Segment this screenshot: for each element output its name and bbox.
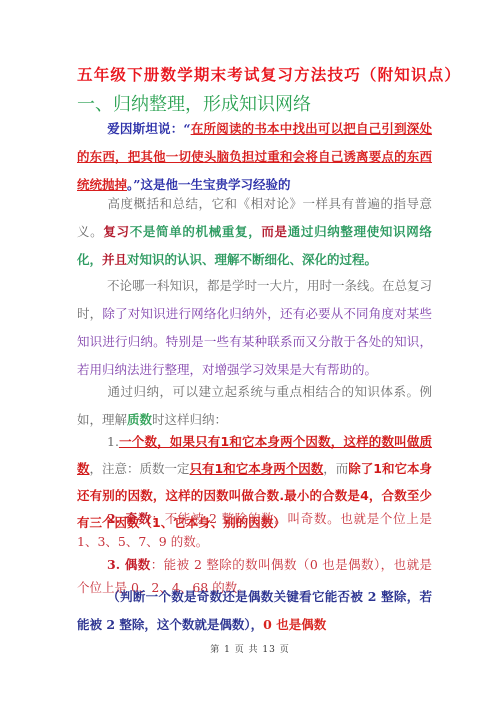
summary-tail: 对知识的认识、理解不断细化、深化的过程。 xyxy=(127,252,377,267)
section-heading: 一、归纳整理，形成知识网络 xyxy=(77,90,311,116)
summary-fu: 复 xyxy=(103,224,116,239)
summary-er-shi: 而是 xyxy=(261,224,287,239)
page-footer: 第 1 页 共 13 页 xyxy=(0,642,500,655)
paragraph-item2: 2. 奇数：不能被 2 整除的数。叫奇数。也就是个位上是 1、3、5、7、9 的… xyxy=(77,507,432,553)
paragraph-system: 通过归纳，可以建立起系统与重点相结合的知识体系。例如，理解质数时这样归纳： xyxy=(77,378,432,434)
paragraph-quote: 爱因斯坦说：“在所阅读的书本中找出可以把自己引到深处的东西，把其他一切使头脑负担… xyxy=(77,115,432,199)
system-tail: 时这样归纳： xyxy=(152,412,227,427)
judge-text: （判断一个数是奇数还是偶数关键看它能否被 2 整除，若能被 2 整除，这个数就是… xyxy=(77,589,432,632)
item3-label: 3. 偶数 xyxy=(107,557,151,572)
item2-label: 2. 奇数 xyxy=(107,511,152,526)
quote-speaker: 爱因斯坦说：“ xyxy=(107,121,191,136)
system-term: 质数 xyxy=(127,412,152,427)
paragraph-judge: （判断一个数是奇数还是偶数关键看它能否被 2 整除，若能被 2 整除，这个数就是… xyxy=(77,583,432,639)
item1-must: 只有1和它本身两个因数 xyxy=(190,461,324,476)
item1-note: ，注意：质数一定 xyxy=(90,461,190,476)
document-page: 五年级下册数学期末考试复习方法技巧（附知识点） 一、归纳整理，形成知识网络 爱因… xyxy=(0,0,500,707)
summary-not-simple: 不是简单的机械重复， xyxy=(130,224,262,239)
summary-bing-qie: 并且 xyxy=(102,252,127,267)
judge-tail: 0 也是偶数 xyxy=(263,617,326,632)
item1-sep: ，而 xyxy=(323,461,348,476)
item1-num: 1. xyxy=(107,434,119,449)
network-body: 除了对知识进行网络化归纳外，还有必要从不同角度对某些知识进行归纳。特别是一些有某… xyxy=(77,306,432,377)
paragraph-summary: 高度概括和总结，它和《相对论》一样具有普遍的指导意义。复习不是简单的机械重复，而… xyxy=(77,190,432,274)
document-title: 五年级下册数学期末考试复习方法技巧（附知识点） xyxy=(77,63,437,85)
summary-xi: 习 xyxy=(117,224,130,239)
paragraph-network: 不论哪一科知识，都是学时一大片，用时一条线。在总复习时，除了对知识进行网络化归纳… xyxy=(77,272,432,384)
